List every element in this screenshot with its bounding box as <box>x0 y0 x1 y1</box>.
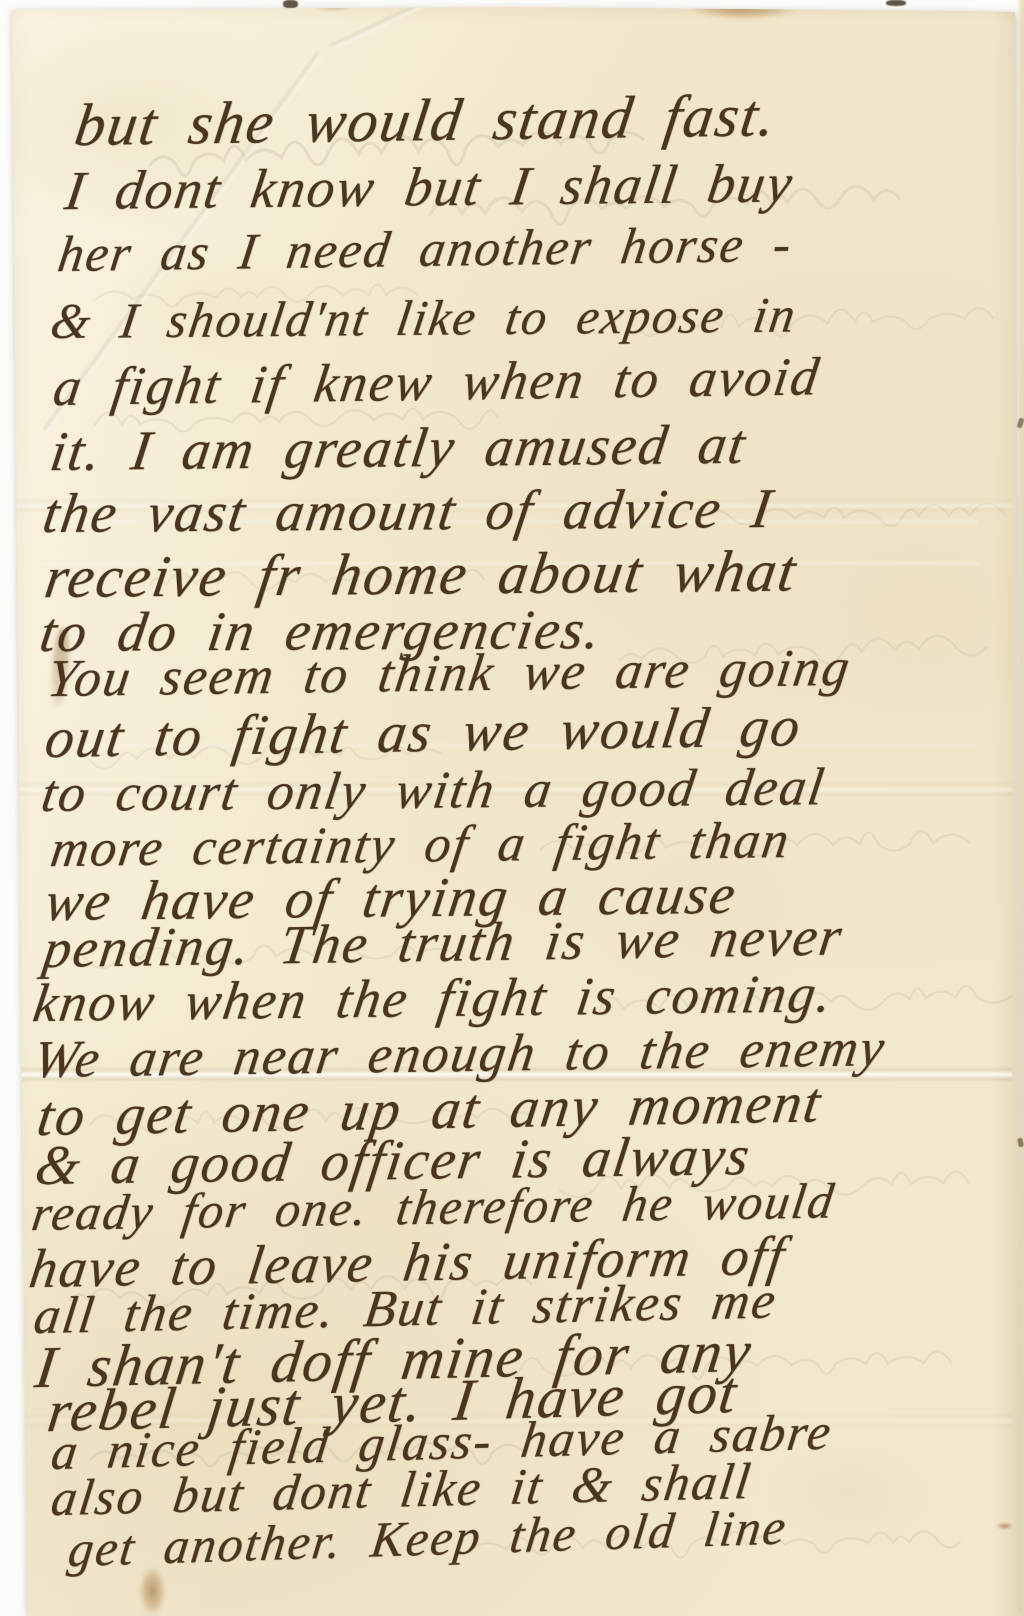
paper-sheet: but she would stand fast.I dont know but… <box>0 0 1018 1616</box>
letter-line: out to fight as we would go <box>42 698 806 767</box>
handwritten-text: but she would stand fast.I dont know but… <box>0 0 1018 1616</box>
letter-line: & I should'nt like to expose in <box>48 289 801 346</box>
letter-line: the vast amount of advice I <box>40 481 777 542</box>
letter-line: I dont know but I shall buy <box>62 155 798 218</box>
letter-line: know when the fight is coming. <box>30 966 837 1030</box>
stain <box>926 0 986 11</box>
letter-line: receive fr home about what <box>41 541 801 607</box>
letter-sheet-wrap: but she would stand fast.I dont know but… <box>0 0 1024 1616</box>
letter-line: it. I am greatly amused at <box>47 417 751 480</box>
letter-line: her as I need another horse - <box>55 220 796 281</box>
letter-line: a fight if knew when to avoid <box>50 349 824 414</box>
letter-line: but she would stand fast. <box>71 85 781 155</box>
scanned-letter-page: but she would stand fast.I dont know but… <box>0 0 1024 1616</box>
